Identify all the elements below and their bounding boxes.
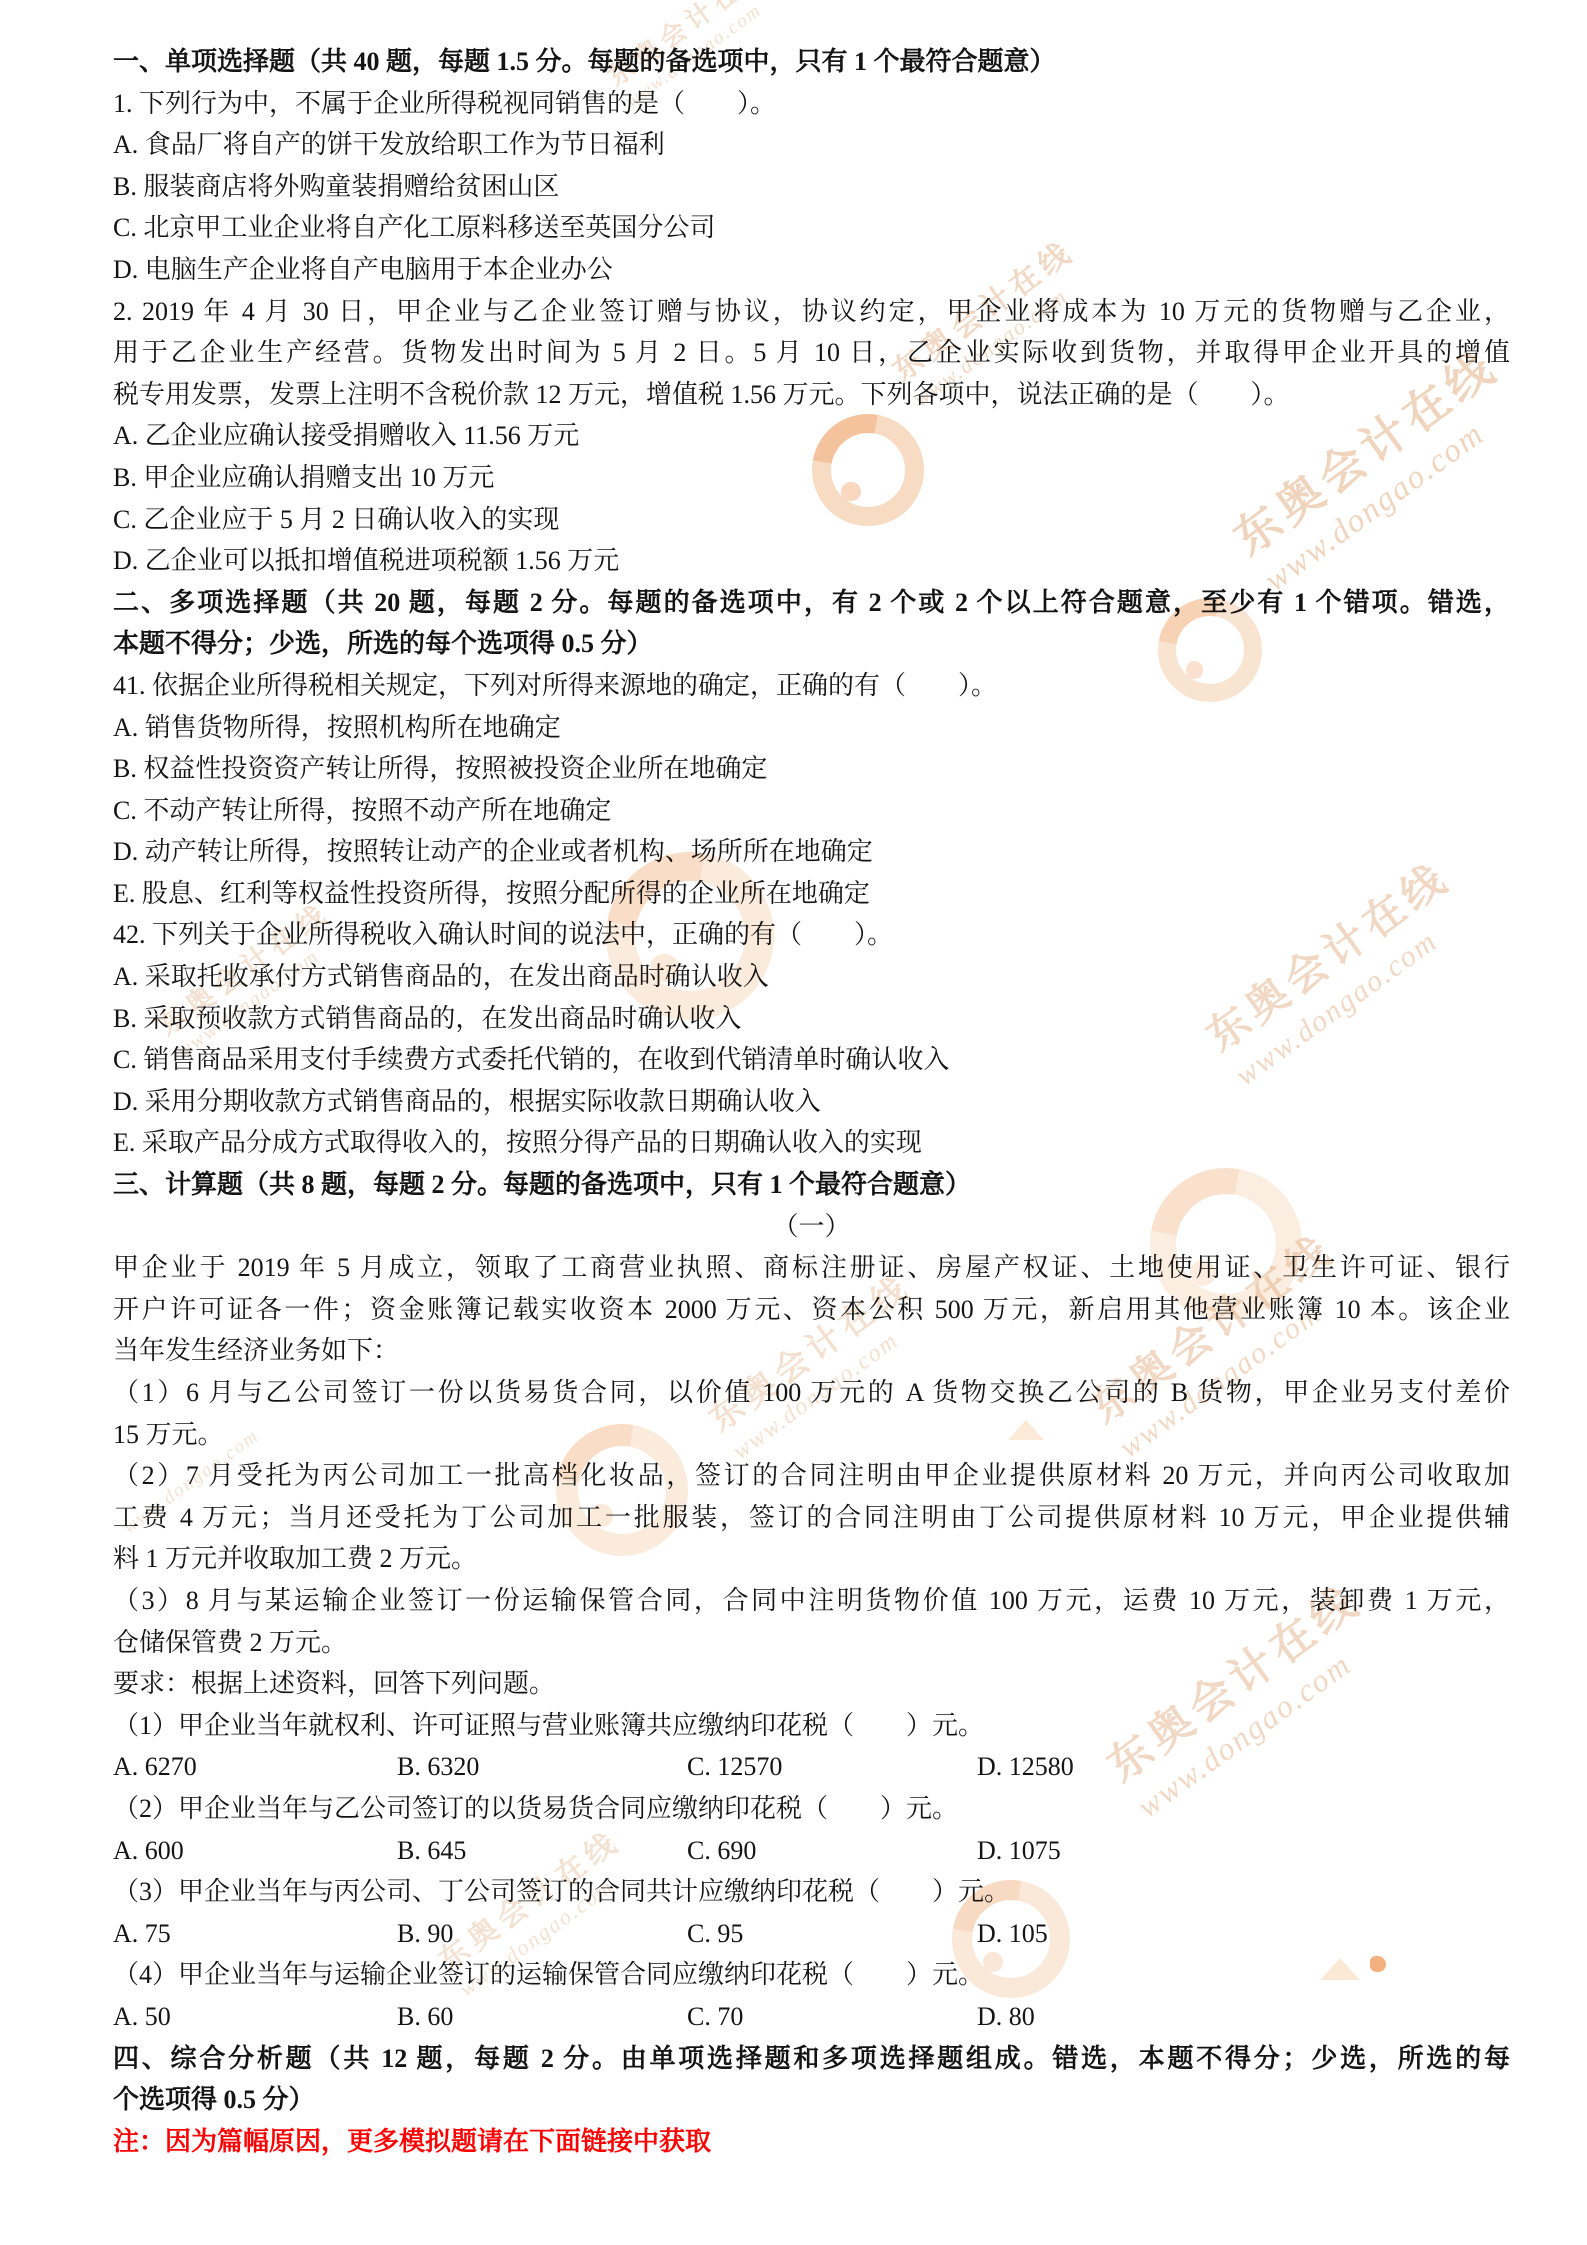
case-1-q3-stem: （3）甲企业当年与丙公司、丁公司签订的合同共计应缴纳印花税（ ）元。 — [113, 1871, 1510, 1913]
case-1-item2-line1: （2）7 月受托为丙公司加工一批高档化妆品，签订的合同注明由甲企业提供原材料 2… — [113, 1455, 1510, 1497]
case-1-q3-options: A. 75B. 90C. 95D. 105 — [113, 1913, 1510, 1955]
q42-option-b: B. 采取预收款方式销售商品的，在发出商品时确认收入 — [113, 998, 1510, 1040]
case-1-item2-line3: 料 1 万元并收取加工费 2 万元。 — [113, 1538, 1510, 1580]
case-1-q3-options-a: A. 75 — [113, 1913, 397, 1955]
case-1-q1-options: A. 6270B. 6320C. 12570D. 12580 — [113, 1746, 1510, 1788]
case-1-intro-line2: 开户许可证各一件；资金账簿记载实收资本 2000 万元、资本公积 500 万元，… — [113, 1289, 1510, 1331]
case-1-q2-options-a: A. 600 — [113, 1830, 397, 1872]
case-1-q3-options-d: D. 105 — [977, 1913, 1510, 1955]
q41-option-a: A. 销售货物所得，按照机构所在地确定 — [113, 707, 1510, 749]
q2-option-b: B. 甲企业应确认捐赠支出 10 万元 — [113, 457, 1510, 499]
q42-option-e: E. 采取产品分成方式取得收入的，按照分得产品的日期确认收入的实现 — [113, 1122, 1510, 1164]
case-1-q4-options-b: B. 60 — [397, 1996, 687, 2038]
q2-option-d: D. 乙企业可以抵扣增值税进项税额 1.56 万元 — [113, 540, 1510, 582]
case-1-q4-options-a: A. 50 — [113, 1996, 397, 2038]
case-1-q3-options-b: B. 90 — [397, 1913, 687, 1955]
exam-content: 一、单项选择题（共 40 题，每题 1.5 分。每题的备选项中，只有 1 个最符… — [113, 41, 1510, 2162]
case-1-label: （一） — [113, 1206, 1510, 1248]
case-1-q3-options-c: C. 95 — [687, 1913, 977, 1955]
q1-option-c: C. 北京甲工业企业将自产化工原料移送至英国分公司 — [113, 207, 1510, 249]
q41-stem: 41. 依据企业所得税相关规定，下列对所得来源地的确定，正确的有（ ）。 — [113, 665, 1510, 707]
case-1-intro-line1: 甲企业于 2019 年 5 月成立，领取了工商营业执照、商标注册证、房屋产权证、… — [113, 1247, 1510, 1289]
exam-document-page: 东奥会计在线www.dongao.com东奥会计在线www.dongao.com… — [0, 0, 1587, 2245]
q2-option-c: C. 乙企业应于 5 月 2 日确认收入的实现 — [113, 499, 1510, 541]
q42-stem: 42. 下列关于企业所得税收入确认时间的说法中，正确的有（ ）。 — [113, 914, 1510, 956]
case-1-q4-options: A. 50B. 60C. 70D. 80 — [113, 1996, 1510, 2038]
section-1-heading: 一、单项选择题（共 40 题，每题 1.5 分。每题的备选项中，只有 1 个最符… — [113, 41, 1510, 83]
footer-note: 注：因为篇幅原因，更多模拟题请在下面链接中获取 — [113, 2121, 1510, 2163]
q1-stem: 1. 下列行为中，不属于企业所得税视同销售的是（ ）。 — [113, 83, 1510, 125]
case-1-q2-options-d: D. 1075 — [977, 1830, 1510, 1872]
case-1-q2-stem: （2）甲企业当年与乙公司签订的以货易货合同应缴纳印花税（ ）元。 — [113, 1788, 1510, 1830]
case-1-q4-options-c: C. 70 — [687, 1996, 977, 2038]
case-1-q1-options-c: C. 12570 — [687, 1746, 977, 1788]
q42-option-d: D. 采用分期收款方式销售商品的，根据实际收款日期确认收入 — [113, 1081, 1510, 1123]
q2-stem-line1: 2. 2019 年 4 月 30 日，甲企业与乙企业签订赠与协议，协议约定，甲企… — [113, 291, 1510, 333]
case-1-item3-line2: 仓储保管费 2 万元。 — [113, 1622, 1510, 1664]
section-2-heading-line1: 二、多项选择题（共 20 题，每题 2 分。每题的备选项中，有 2 个或 2 个… — [113, 582, 1510, 624]
case-1-item1-line2: 15 万元。 — [113, 1414, 1510, 1456]
q41-option-c: C. 不动产转让所得，按照不动产所在地确定 — [113, 790, 1510, 832]
case-1-q2-options: A. 600B. 645C. 690D. 1075 — [113, 1830, 1510, 1872]
case-1-q1-stem: （1）甲企业当年就权利、许可证照与营业账簿共应缴纳印花税（ ）元。 — [113, 1705, 1510, 1747]
case-1-requirement: 要求：根据上述资料，回答下列问题。 — [113, 1663, 1510, 1705]
q41-option-d: D. 动产转让所得，按照转让动产的企业或者机构、场所所在地确定 — [113, 831, 1510, 873]
case-1-q1-options-d: D. 12580 — [977, 1746, 1510, 1788]
q1-option-d: D. 电脑生产企业将自产电脑用于本企业办公 — [113, 249, 1510, 291]
q42-option-a: A. 采取托收承付方式销售商品的，在发出商品时确认收入 — [113, 956, 1510, 998]
q42-option-c: C. 销售商品采用支付手续费方式委托代销的，在收到代销清单时确认收入 — [113, 1039, 1510, 1081]
q1-option-a: A. 食品厂将自产的饼干发放给职工作为节日福利 — [113, 124, 1510, 166]
q41-option-e: E. 股息、红利等权益性投资所得，按照分配所得的企业所在地确定 — [113, 873, 1510, 915]
q2-option-a: A. 乙企业应确认接受捐赠收入 11.56 万元 — [113, 415, 1510, 457]
q1-option-b: B. 服装商店将外购童装捐赠给贫困山区 — [113, 166, 1510, 208]
q41-option-b: B. 权益性投资资产转让所得，按照被投资企业所在地确定 — [113, 748, 1510, 790]
section-4-heading-line1: 四、综合分析题（共 12 题，每题 2 分。由单项选择题和多项选择题组成。错选，… — [113, 2038, 1510, 2080]
case-1-item1-line1: （1）6 月与乙公司签订一份以货易货合同，以价值 100 万元的 A 货物交换乙… — [113, 1372, 1510, 1414]
case-1-intro-line3: 当年发生经济业务如下： — [113, 1330, 1510, 1372]
q2-stem-line2: 用于乙企业生产经营。货物发出时间为 5 月 2 日。5 月 10 日，乙企业实际… — [113, 332, 1510, 374]
case-1-q4-stem: （4）甲企业当年与运输企业签订的运输保管合同应缴纳印花税（ ）元。 — [113, 1954, 1510, 1996]
case-1-q1-options-a: A. 6270 — [113, 1746, 397, 1788]
section-3-heading: 三、计算题（共 8 题，每题 2 分。每题的备选项中，只有 1 个最符合题意） — [113, 1164, 1510, 1206]
case-1-q2-options-c: C. 690 — [687, 1830, 977, 1872]
case-1-q2-options-b: B. 645 — [397, 1830, 687, 1872]
q2-stem-line3: 税专用发票，发票上注明不含税价款 12 万元，增值税 1.56 万元。下列各项中… — [113, 374, 1510, 416]
case-1-q4-options-d: D. 80 — [977, 1996, 1510, 2038]
case-1-item3-line1: （3）8 月与某运输企业签订一份运输保管合同，合同中注明货物价值 100 万元，… — [113, 1580, 1510, 1622]
section-2-heading-line2: 本题不得分；少选，所选的每个选项得 0.5 分） — [113, 623, 1510, 665]
case-1-item2-line2: 工费 4 万元；当月还受托为丁公司加工一批服装，签订的合同注明由丁公司提供原材料… — [113, 1497, 1510, 1539]
section-4-heading-line2: 个选项得 0.5 分） — [113, 2079, 1510, 2121]
case-1-q1-options-b: B. 6320 — [397, 1746, 687, 1788]
